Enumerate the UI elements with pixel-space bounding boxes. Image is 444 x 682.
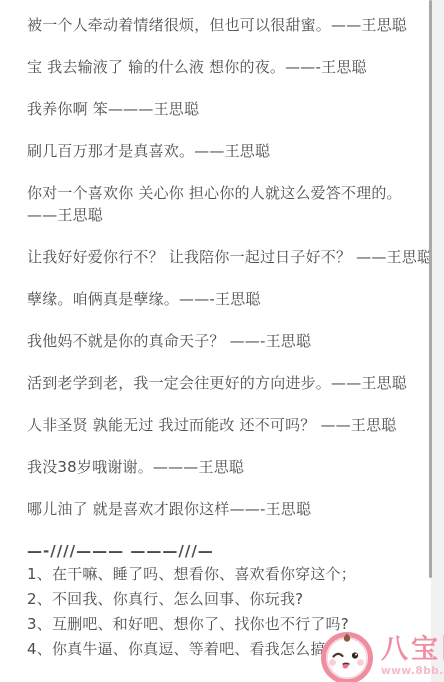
quote-line: 宝 我去输液了 输的什么液 想你的夜。——-王思聪 xyxy=(27,56,431,78)
quote-line: 孽缘。咱俩真是孽缘。——-王思聪 xyxy=(27,288,431,310)
quote-line: 我没38岁哦谢谢。———王思聪 xyxy=(27,456,431,478)
tip-item: 2、不回我、你真行、怎么回事、你玩我? xyxy=(27,587,431,612)
scrollbar-track[interactable] xyxy=(431,0,444,682)
quote-line: 被一个人牵动着情绪很烦，但也可以很甜蜜。——王思聪 xyxy=(27,14,431,36)
tip-item: 1、在干嘛、睡了吗、想看你、喜欢看你穿这个； xyxy=(27,562,431,587)
quote-line: 活到老学到老，我一定会往更好的方向进步。——王思聪 xyxy=(27,372,431,394)
quote-line: 我养你啊 笨———王思聪 xyxy=(27,98,431,120)
quote-line: 我他妈不就是你的真命天子？ ——-王思聪 xyxy=(27,330,431,352)
quote-line: 让我好好爱你行不？ 让我陪你一起过日子好不？ ——王思聪 xyxy=(27,246,431,268)
quotes-list: 被一个人牵动着情绪很烦，但也可以很甜蜜。——王思聪 宝 我去输液了 输的什么液 … xyxy=(27,14,431,662)
site-url: www.8bb.com xyxy=(381,665,444,677)
quote-line: 人非圣贤 孰能无过 我过而能改 还不可吗？ ——王思聪 xyxy=(27,414,431,436)
scrollbar-thumb[interactable] xyxy=(429,0,432,578)
baby-face-logo-icon xyxy=(320,631,374,682)
watermark-text: 八宝网 www.8bb.com xyxy=(381,631,444,677)
separator-line: —-////——— ———///— xyxy=(27,540,431,562)
site-name: 八宝网 xyxy=(381,636,444,664)
quote-line: 哪儿油了 就是喜欢才跟你这样——-王思聪 xyxy=(27,498,431,520)
quote-line: 你对一个喜欢你 关心你 担心你的人就这么爱答不理的。 xyxy=(27,182,431,204)
quote-line: 刷几百万那才是真喜欢。——王思聪 xyxy=(27,140,431,162)
site-watermark: 八宝网 www.8bb.com xyxy=(320,631,444,682)
quote-line: ——王思聪 xyxy=(27,204,431,226)
